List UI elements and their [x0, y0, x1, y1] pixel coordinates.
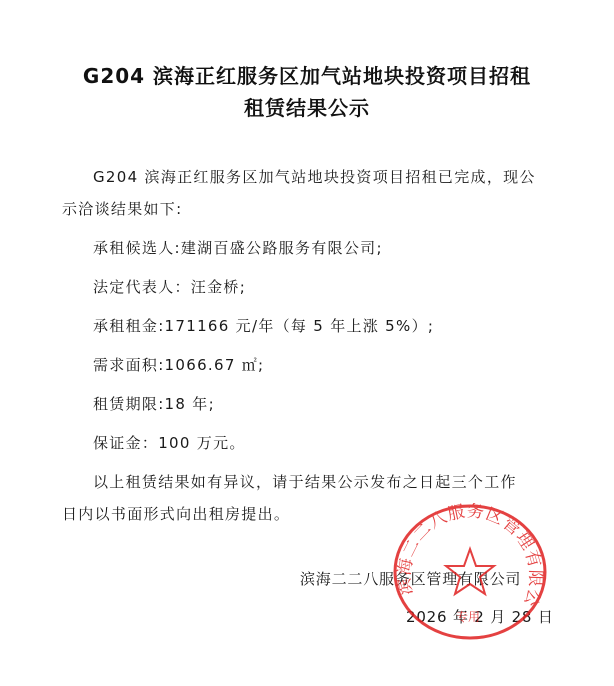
area-line: 需求面积:1066.67 ㎡;	[93, 354, 264, 375]
star-icon	[446, 549, 494, 594]
svg-text:滨海二二八服务区管理有限公司: 滨海二二八服务区管理有限公司	[392, 503, 545, 610]
company-seal-stamp: 滨海二二八服务区管理有限公司 专用	[392, 503, 548, 641]
document-title-line-1: G204 滨海正红服务区加气站地块投资项目招租	[0, 60, 614, 89]
intro-paragraph-line-1: G204 滨海正红服务区加气站地块投资项目招租已完成，现公	[93, 166, 536, 187]
deposit-line: 保证金：100 万元。	[93, 432, 246, 453]
legal-representative-line: 法定代表人：汪金桥;	[93, 276, 246, 297]
intro-paragraph-line-2: 示洽谈结果如下:	[62, 198, 182, 219]
rent-line: 承租租金:171166 元/年（每 5 年上涨 5%）;	[93, 315, 434, 336]
candidate-line: 承租候选人:建湖百盛公路服务有限公司;	[93, 237, 383, 258]
seal-text: 滨海二二八服务区管理有限公司	[392, 503, 545, 610]
objection-paragraph-line-1: 以上租赁结果如有异议，请于结果公示发布之日起三个工作	[93, 471, 517, 492]
lease-term-line: 租赁期限:18 年;	[93, 393, 215, 414]
objection-paragraph-line-2: 日内以书面形式向出租房提出。	[62, 503, 290, 524]
announcement-page: G204 滨海正红服务区加气站地块投资项目招租 租赁结果公示 G204 滨海正红…	[0, 0, 614, 686]
document-title-line-2: 租赁结果公示	[0, 92, 614, 121]
svg-text:专用: 专用	[456, 609, 480, 624]
